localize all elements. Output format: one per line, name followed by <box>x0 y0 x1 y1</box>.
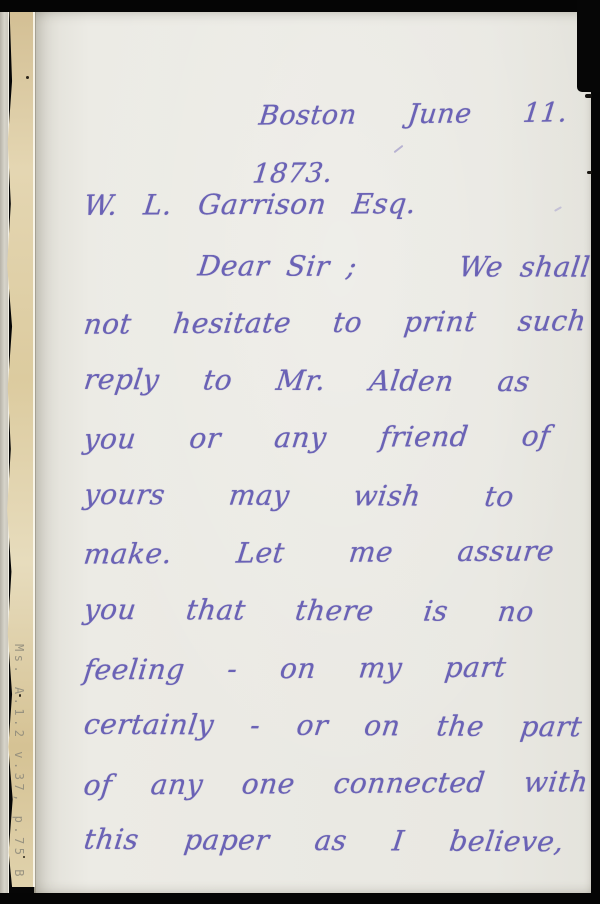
letter-line: you or any friend of <box>80 408 553 469</box>
underlying-page-edge <box>0 10 9 893</box>
scan-background-right <box>591 0 600 904</box>
stray-ink-mark <box>554 206 562 212</box>
paper-edge-nick <box>587 171 592 174</box>
letter-line: feeling - on my part <box>80 638 509 699</box>
letter-line: not hesitate to print such <box>80 292 589 353</box>
letter-line: certainly - or on the part <box>80 696 585 756</box>
catalog-spine-label: Ms. A.1.2 v.37, p.75 B <box>12 644 26 880</box>
letter-line: of any one connected with <box>80 753 591 814</box>
paper-speck <box>23 856 25 858</box>
letter-page: Boston June 11. 1873. W. L. Garrison Esq… <box>34 12 591 893</box>
scan-background-top <box>0 0 600 12</box>
scan-background-bottom <box>0 893 600 904</box>
salutation-line: Dear Sir ; We shall <box>194 237 593 296</box>
paper-speck <box>19 694 21 697</box>
recipient-line: W. L. Garrison Esq. <box>80 175 419 235</box>
letter-line: you that there is no <box>80 581 537 641</box>
scan-background-corner-notch <box>577 0 600 92</box>
paper-speck <box>26 76 29 79</box>
letter-line: yours may wish to <box>80 466 517 526</box>
salutation-text: Dear Sir ; <box>194 237 360 296</box>
letter-line: reply to Mr. Alden as <box>80 350 533 410</box>
paper-edge-nick <box>585 94 592 98</box>
opening-words: We shall <box>455 238 593 296</box>
letter-body: not hesitate to print such reply to Mr. … <box>84 294 600 870</box>
letter-line: this paper as I believe, <box>80 811 567 871</box>
letter-line: make. Let me assure <box>80 523 557 584</box>
recipient-text: W. L. Garrison Esq. <box>80 175 419 235</box>
scanned-letter: Boston June 11. 1873. W. L. Garrison Esq… <box>0 0 600 904</box>
